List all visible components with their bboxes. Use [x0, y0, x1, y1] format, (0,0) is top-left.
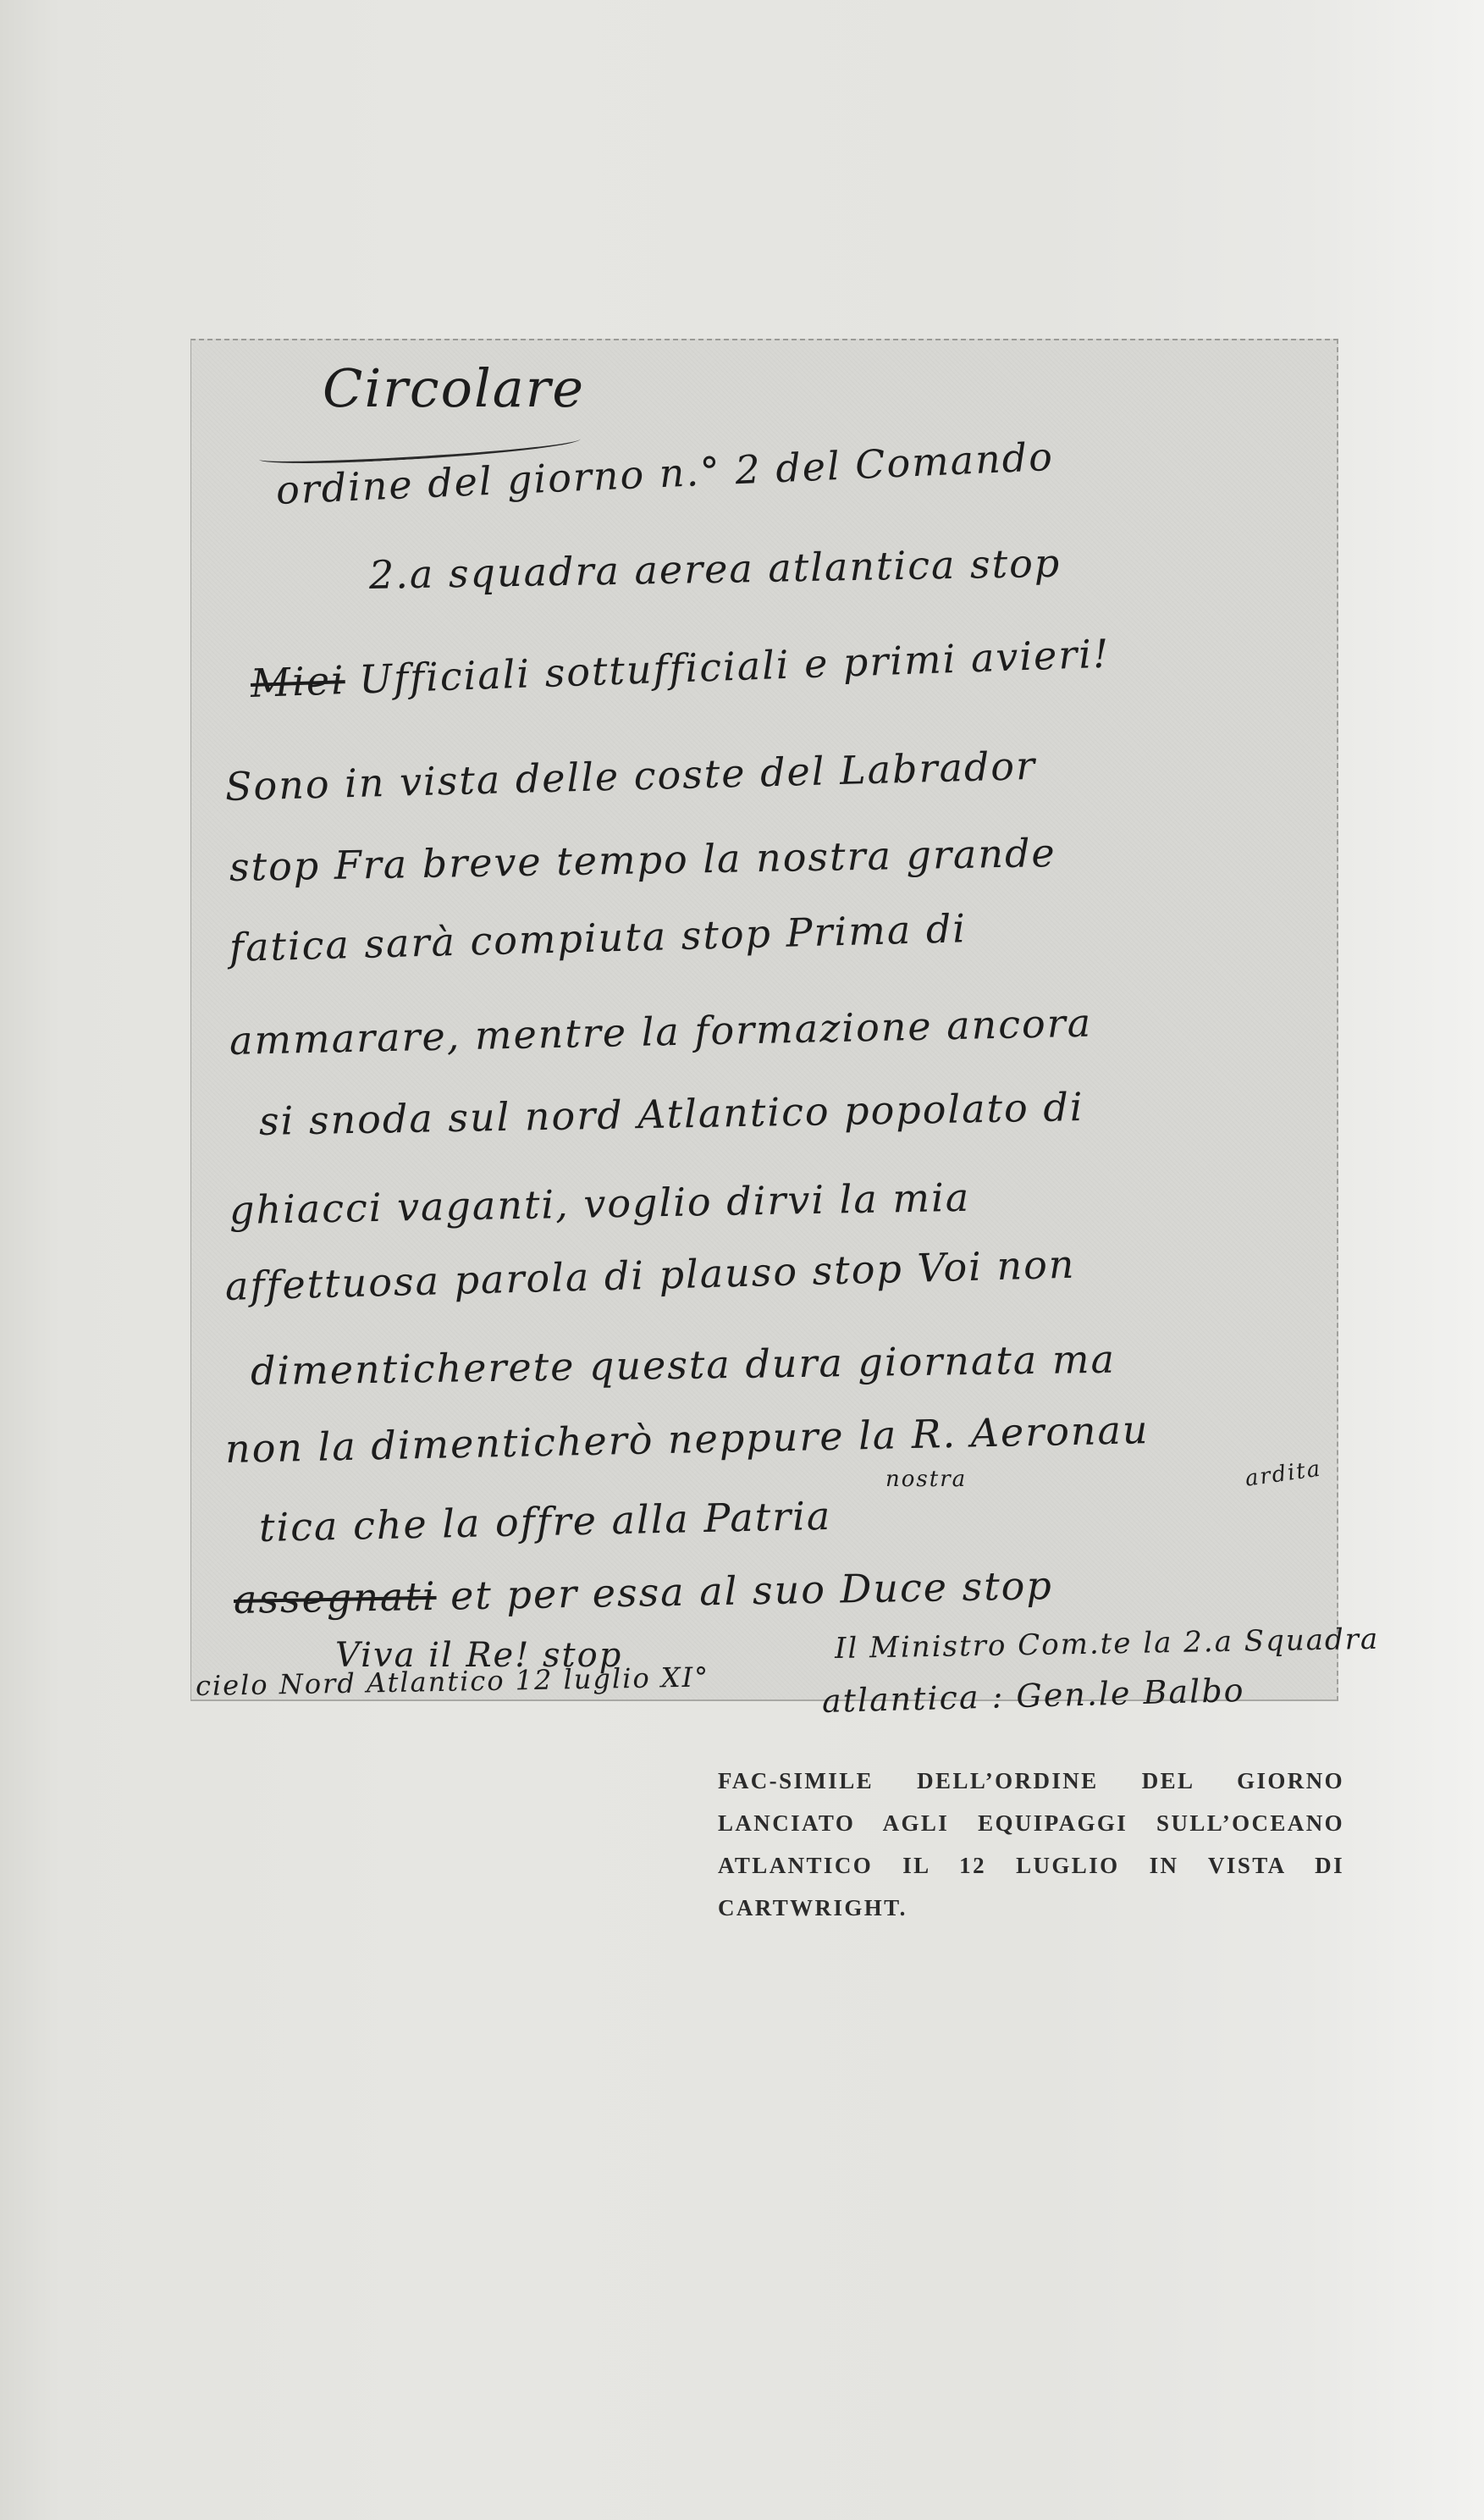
caption-line: ATLANTICO IL 12 LUGLIO IN VISTA DI [718, 1844, 1344, 1887]
handwritten-line: stop Fra breve tempo la nostra grande [229, 830, 1057, 890]
caption-line: CARTWRIGHT. [718, 1887, 1344, 1929]
handwritten-line: tica che la offre alla Patria [258, 1493, 831, 1550]
handwritten-text: Ufficiali sottufficiali e primi avieri! [358, 631, 1111, 703]
handwritten-line: si snoda sul nord Atlantico popolato di [259, 1084, 1084, 1144]
struck-word: Miei [250, 657, 346, 706]
handwritten-line: ammarare, mentre la formazione ancora [229, 1000, 1092, 1064]
signature-line: Il Ministro Com.te la 2.a Squadra [835, 1622, 1380, 1666]
handwritten-line: assegnati et per essa al suo Duce stop [234, 1562, 1054, 1622]
caption-line: FAC-SIMILE DELL’ORDINE DEL GIORNO [718, 1760, 1344, 1802]
handwritten-line: affettuosa parola di plauso stop Voi non [224, 1241, 1076, 1309]
handwritten-text: et per essa al suo Duce stop [450, 1562, 1054, 1618]
handwritten-line: non la dimenticherò neppure la R. Aerona… [224, 1406, 1150, 1472]
signature-line: atlantica : Gen.le Balbo [821, 1672, 1245, 1720]
handwritten-line: 2.a squadra aerea atlantica stop [369, 540, 1062, 598]
handwritten-line: ghiacci vaganti, voglio dirvi la mia [229, 1174, 971, 1233]
caption-line: LANCIATO AGLI EQUIPAGGI SULL’OCEANO [718, 1802, 1344, 1844]
struck-word: assegnati [234, 1573, 437, 1622]
dateline: cielo Nord Atlantico 12 luglio XI° [196, 1661, 710, 1702]
interlinear-insertion: nostra [885, 1467, 967, 1492]
book-page: Circolare ordine del giorno n.° 2 del Co… [0, 0, 1484, 2520]
handwritten-line: Miei Ufficiali sottufficiali e primi avi… [250, 631, 1111, 706]
interlinear-insertion: ardita [1244, 1456, 1323, 1492]
handwritten-line: dimenticherete questa dura giornata ma [251, 1336, 1117, 1394]
handwritten-line: Sono in vista delle coste del Labrador [224, 743, 1036, 810]
handwritten-line: fatica sarà compiuta stop Prima di [229, 905, 967, 970]
facsimile-heading: Circolare [323, 357, 585, 419]
figure-caption: FAC-SIMILE DELL’ORDINE DEL GIORNO LANCIA… [718, 1760, 1344, 1929]
handwritten-order-facsimile: Circolare ordine del giorno n.° 2 del Co… [190, 339, 1338, 1701]
